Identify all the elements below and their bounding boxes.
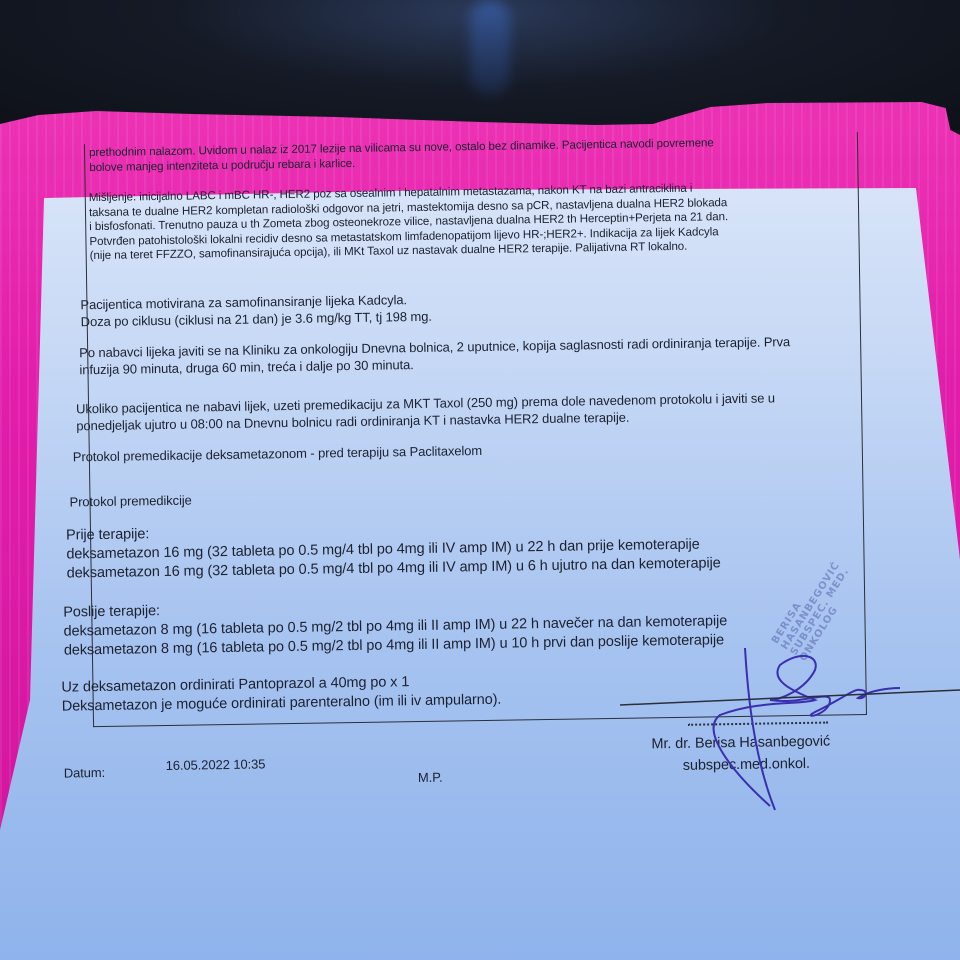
paragraph-pantoprazol: Uz deksametazon ordinirati Pantoprazol a… <box>61 672 501 717</box>
paragraph-kadcyla: Pacijentica motivirana za samofinansiran… <box>80 291 432 331</box>
paragraph-opinion: Mišljenje: inicijalno LABC i mBC HR-, HE… <box>89 181 729 264</box>
seal-label: M.P. <box>418 769 443 786</box>
date-value: 16.05.2022 10:35 <box>166 755 266 774</box>
doctor-title: subspec.med.onkol. <box>683 755 810 776</box>
after-therapy-section: Poslije terapije: deksametazon 8 mg (16 … <box>63 593 727 660</box>
doctor-name: Mr. dr. Berisa Hasanbegović <box>651 733 830 755</box>
document-content: prethodnim nalazom. Uvidom u nalaz iz 20… <box>0 0 960 960</box>
signature-dotted-line <box>688 722 828 726</box>
before-therapy-section: Prije terapije: deksametazon 16 mg (32 t… <box>66 516 721 583</box>
protocol-subheading: Protokol premedikcije <box>69 492 191 511</box>
date-label: Datum: <box>64 764 106 782</box>
